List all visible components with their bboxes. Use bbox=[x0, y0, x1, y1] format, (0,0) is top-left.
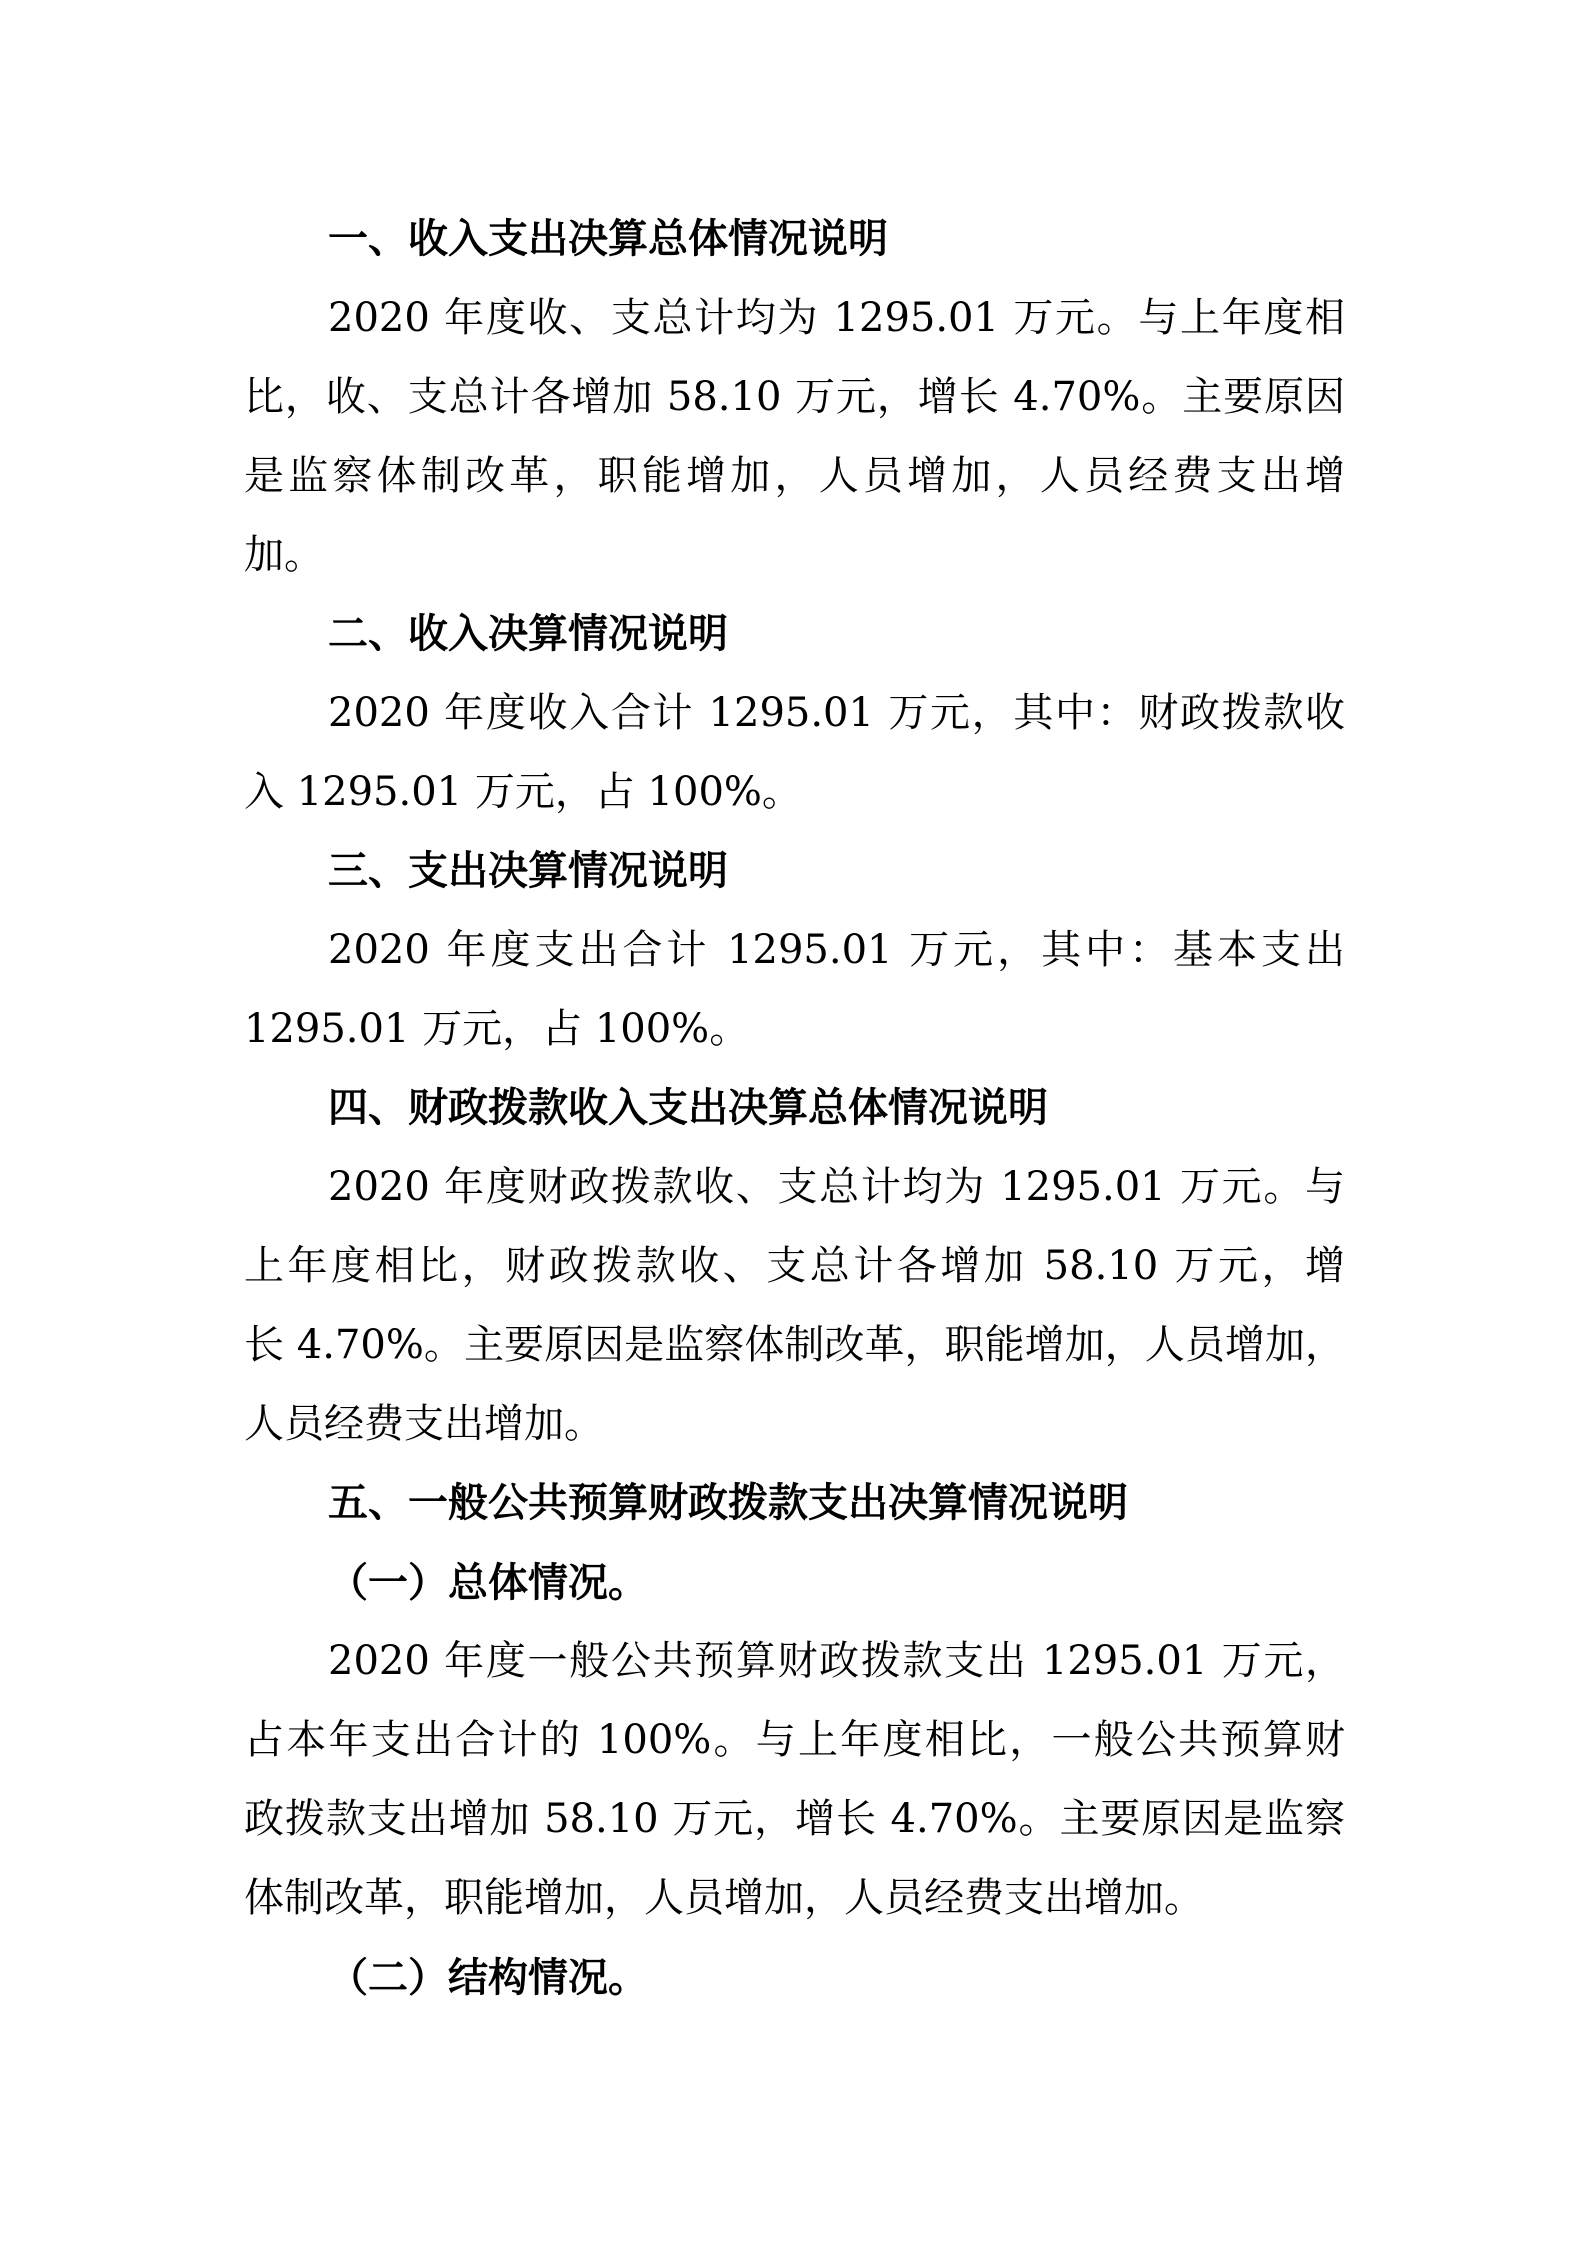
paragraph-line: 2020 年度收、支总计均为 1295.01 万元。与上年度相 bbox=[328, 279, 1345, 358]
paragraph-line: 2020 年度一般公共预算财政拨款支出 1295.01 万元， bbox=[328, 1622, 1345, 1701]
section-heading-3: 三、支出决算情况说明 bbox=[328, 832, 1345, 911]
paragraph-line: 入 1295.01 万元，占 100%。 bbox=[244, 753, 1345, 832]
section-heading-1: 一、收入支出决算总体情况说明 bbox=[328, 200, 1345, 279]
paragraph-line: 占本年支出合计的 100%。与上年度相比，一般公共预算财 bbox=[244, 1701, 1345, 1780]
paragraph-line: 2020 年度收入合计 1295.01 万元，其中：财政拨款收 bbox=[328, 674, 1345, 753]
paragraph-line: 人员经费支出增加。 bbox=[244, 1385, 1345, 1464]
paragraph-line: 长 4.70%。主要原因是监察体制改革，职能增加，人员增加， bbox=[244, 1306, 1345, 1385]
document-page: 一、收入支出决算总体情况说明 2020 年度收、支总计均为 1295.01 万元… bbox=[0, 0, 1587, 2245]
paragraph-line: 加。 bbox=[244, 516, 1345, 595]
paragraph-line: 比，收、支总计各增加 58.10 万元，增长 4.70%。主要原因 bbox=[244, 358, 1345, 437]
paragraph-line: 政拨款支出增加 58.10 万元，增长 4.70%。主要原因是监察 bbox=[244, 1780, 1345, 1859]
paragraph-line: 2020 年度财政拨款收、支总计均为 1295.01 万元。与 bbox=[328, 1148, 1345, 1227]
paragraph-line: 上年度相比，财政拨款收、支总计各增加 58.10 万元，增 bbox=[244, 1227, 1345, 1306]
paragraph-line: 是监察体制改革，职能增加，人员增加，人员经费支出增 bbox=[244, 437, 1345, 516]
subsection-heading-structure: （二）结构情况。 bbox=[328, 1938, 1345, 2017]
section-heading-2: 二、收入决算情况说明 bbox=[328, 595, 1345, 674]
section-heading-5: 五、一般公共预算财政拨款支出决算情况说明 bbox=[328, 1464, 1345, 1543]
paragraph-line: 体制改革，职能增加，人员增加，人员经费支出增加。 bbox=[244, 1859, 1345, 1938]
section-heading-4: 四、财政拨款收入支出决算总体情况说明 bbox=[328, 1069, 1345, 1148]
paragraph-line: 2020 年度支出合计 1295.01 万元，其中：基本支出 bbox=[328, 911, 1345, 990]
paragraph-line: 1295.01 万元，占 100%。 bbox=[244, 990, 1345, 1069]
subsection-heading-overall: （一）总体情况。 bbox=[328, 1543, 1345, 1622]
